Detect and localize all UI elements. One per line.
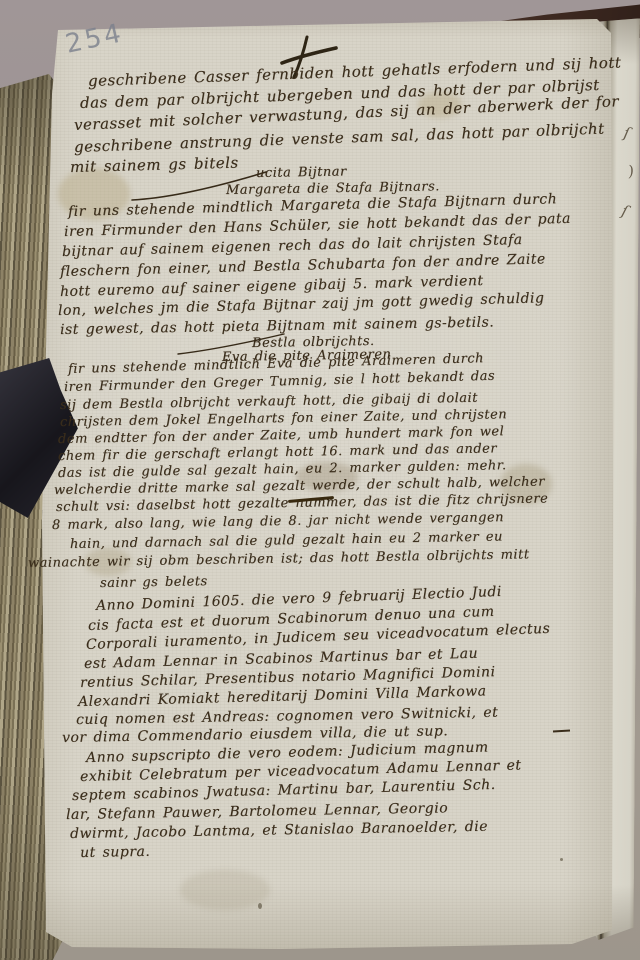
manuscript-line: ut supra. xyxy=(80,844,151,861)
manuscript-line: sainr gs belets xyxy=(100,574,208,591)
ink-speck xyxy=(560,858,563,861)
manuscript-photo: 254 geschribene Casser fernbiden hott ge… xyxy=(0,0,640,960)
ink-speck xyxy=(258,903,262,909)
heading-line: ucita Bijtnar xyxy=(256,164,347,181)
paper-stain xyxy=(180,870,270,910)
